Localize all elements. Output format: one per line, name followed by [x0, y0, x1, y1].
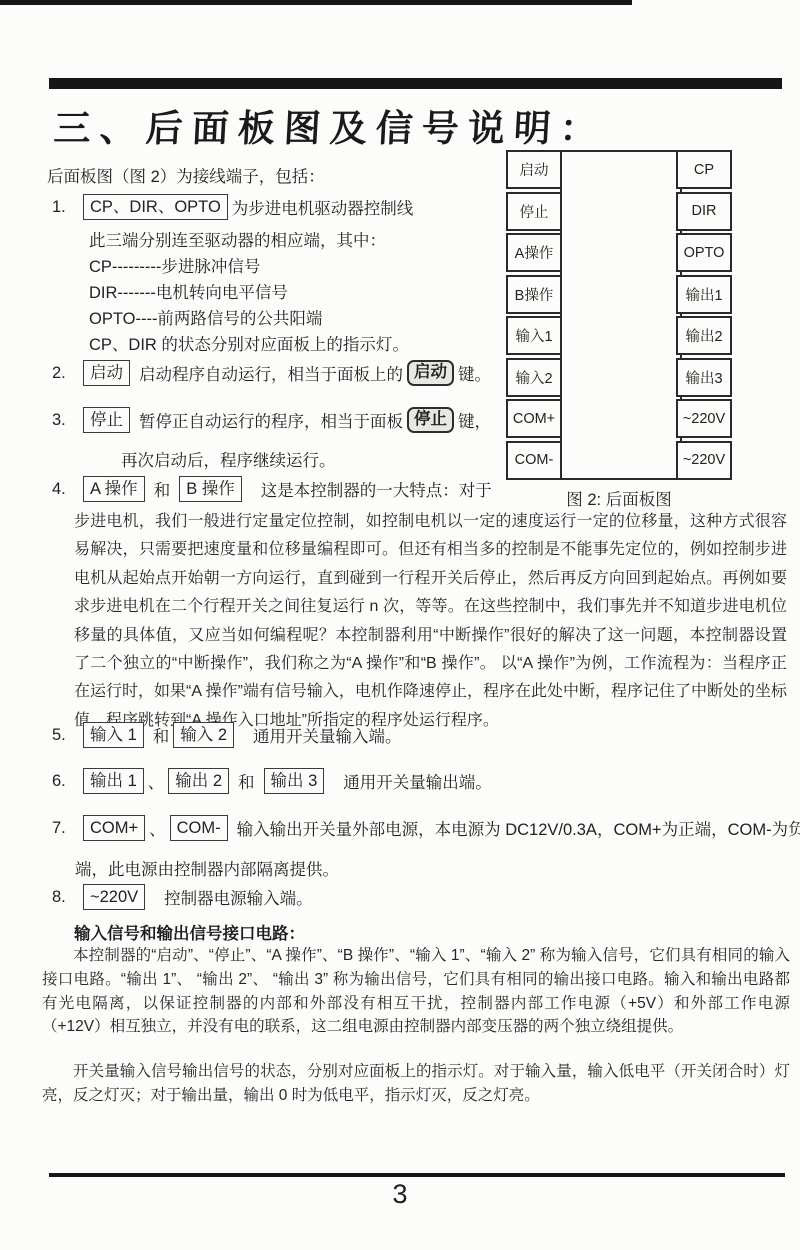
item-1-sublines: 此三端分别连至驱动器的相应端，其中： CP---------步进脉冲信号 DIR… [89, 228, 409, 358]
terminal-box-label: A 操作 [83, 476, 145, 502]
terminal-cell: 输出2 [676, 316, 732, 355]
terminal-box-label: CP、DIR、OPTO [83, 194, 228, 220]
item-text: 通用开关量输入端。 [253, 723, 402, 747]
separator-text: 、 [148, 769, 165, 793]
item-text: 键。 [458, 361, 491, 385]
conjunction-text: 和 [154, 477, 171, 501]
header-thick-rule [49, 78, 782, 89]
terminal-cell: 输入2 [506, 358, 562, 397]
item-number: 7. [52, 819, 74, 838]
item-text: 启动程序自动运行，相当于面板上的 [139, 361, 403, 385]
item-number: 2. [52, 364, 74, 383]
terminal-box-label: 输入 2 [173, 722, 234, 748]
item-text: 为步进电机驱动器控制线 [232, 195, 414, 219]
item-number: 1. [52, 198, 74, 217]
terminal-cell: 停止 [506, 192, 562, 231]
terminal-cell: CP [676, 150, 732, 189]
list-item-4: 4. A 操作 和 B 操作 这是本控制器的一大特点：对于 [52, 476, 492, 502]
terminal-box-label: ~220V [83, 884, 145, 910]
item-text: 键， [458, 408, 491, 432]
subline: OPTO----前两路信号的公共阳端 [89, 306, 409, 332]
terminal-cell: ~220V [676, 441, 732, 480]
terminal-cell: 输出1 [676, 275, 732, 314]
terminal-box-label: 启动 [83, 360, 130, 386]
terminal-cell: A操作 [506, 233, 562, 272]
footer-rule [49, 1173, 785, 1177]
diagram-left-column: 启动 停止 A操作 B操作 输入1 输入2 COM+ COM- [506, 150, 562, 480]
terminal-cell: DIR [676, 192, 732, 231]
terminal-cell: COM- [506, 441, 562, 480]
subline: CP、DIR 的状态分别对应面板上的指示灯。 [89, 332, 409, 358]
item-text: 通用开关量输出端。 [343, 769, 492, 793]
terminal-cell: ~220V [676, 399, 732, 438]
item-4-paragraph: 步进电机，我们一般进行定量定位控制，如控制电机以一定的速度运行一定的位移量，这种… [74, 508, 787, 735]
list-item-7: 7. COM+ 、 COM- 输入输出开关量外部电源，本电源为 DC12V/0.… [52, 815, 800, 841]
subline: DIR-------电机转向电平信号 [89, 280, 409, 306]
page-number: 3 [0, 1179, 800, 1210]
item-number: 3. [52, 411, 74, 430]
diagram-body-rect [560, 150, 682, 480]
item-7-continuation: 端，此电源由控制器内部隔离提供。 [75, 856, 339, 880]
manual-page: 三、后面板图及信号说明： 后面板图（图 2）为接线端子，包括： 启动 停止 A操… [0, 0, 800, 1250]
subline: CP---------步进脉冲信号 [89, 254, 409, 280]
terminal-cell: 输入1 [506, 316, 562, 355]
list-item-8: 8. ~220V 控制器电源输入端。 [52, 884, 313, 910]
item-number: 6. [52, 772, 74, 791]
section-heading: 输入信号和输出信号接口电路： [74, 920, 305, 944]
terminal-cell: 输出3 [676, 358, 732, 397]
item-text: 暂停正自动运行的程序，相当于面板 [139, 408, 403, 432]
intro-text: 后面板图（图 2）为接线端子，包括： [47, 163, 325, 187]
item-3-continuation: 再次启动后，程序继续运行。 [121, 447, 336, 471]
interface-paragraph-2: 开关量输入信号输出信号的状态，分别对应面板上的指示灯。对于输入量，输入低电平（开… [42, 1060, 790, 1108]
terminal-box-label: 停止 [83, 407, 130, 433]
rear-panel-diagram: 启动 停止 A操作 B操作 输入1 输入2 COM+ COM- CP DIR O… [506, 150, 732, 480]
panel-key-label: 启动 [407, 360, 454, 385]
terminal-box-label: COM- [170, 815, 228, 841]
terminal-box-label: 输出 1 [83, 768, 144, 794]
diagram-caption: 图 2: 后面板图 [506, 486, 732, 510]
terminal-box-label: B 操作 [179, 476, 242, 502]
conjunction-text: 和 [153, 723, 170, 747]
item-text: 控制器电源输入端。 [164, 885, 313, 909]
item-text: 输入输出开关量外部电源，本电源为 DC12V/0.3A，COM+为正端，COM-… [237, 816, 800, 840]
terminal-box-label: 输出 2 [168, 768, 229, 794]
terminal-cell: B操作 [506, 275, 562, 314]
list-item-6: 6. 输出 1 、 输出 2 和 输出 3 通用开关量输出端。 [52, 768, 492, 794]
top-edge-rule [0, 0, 632, 5]
item-text: 这是本控制器的一大特点：对于 [261, 477, 492, 501]
terminal-box-label: 输出 3 [264, 768, 325, 794]
terminal-box-label: COM+ [83, 815, 145, 841]
terminal-cell: OPTO [676, 233, 732, 272]
subline: 此三端分别连至驱动器的相应端，其中： [89, 228, 409, 254]
terminal-box-label: 输入 1 [83, 722, 144, 748]
terminal-cell: 启动 [506, 150, 562, 189]
list-item-2: 2. 启动 启动程序自动运行，相当于面板上的 启动 键。 [52, 360, 491, 386]
diagram-right-column: CP DIR OPTO 输出1 输出2 输出3 ~220V ~220V [676, 150, 732, 480]
panel-key-label: 停止 [407, 407, 454, 432]
list-item-3: 3. 停止 暂停正自动运行的程序，相当于面板 停止 键， [52, 407, 491, 433]
list-item-1: 1. CP、DIR、OPTO 为步进电机驱动器控制线 [52, 194, 413, 220]
conjunction-text: 和 [238, 769, 255, 793]
terminal-cell: COM+ [506, 399, 562, 438]
item-number: 4. [52, 480, 74, 499]
interface-paragraph-1: 本控制器的“启动”、“停止”、“A 操作”、“B 操作”、“输入 1”、“输入 … [42, 944, 790, 1039]
list-item-5: 5. 输入 1 和 输入 2 通用开关量输入端。 [52, 722, 402, 748]
item-number: 8. [52, 888, 74, 907]
item-number: 5. [52, 726, 74, 745]
page-title: 三、后面板图及信号说明： [53, 98, 608, 152]
separator-text: 、 [149, 816, 166, 840]
